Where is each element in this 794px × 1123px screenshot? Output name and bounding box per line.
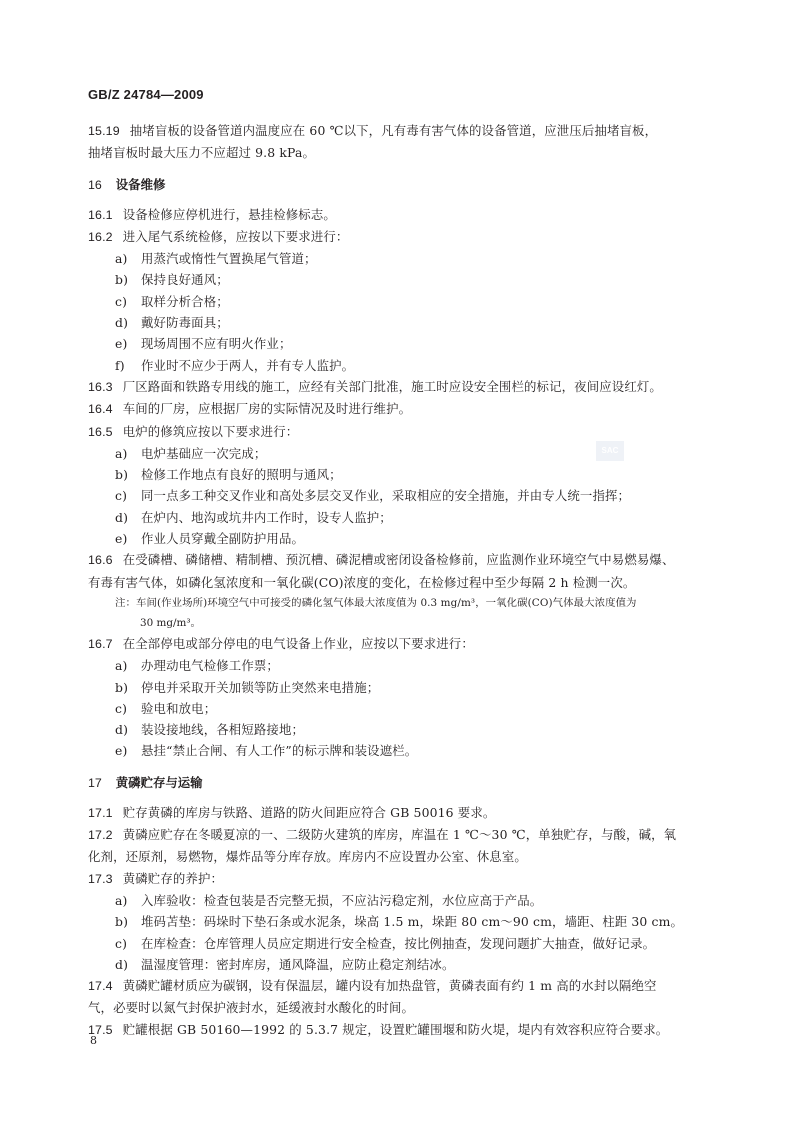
clause-17-2-cont: 化剂，还原剂，易燃物，爆炸品等分库存放。库房内不应设置办公室、休息室。 bbox=[88, 846, 710, 867]
list-item: e)现场周围不应有明火作业； bbox=[88, 333, 710, 354]
item-label: c) bbox=[115, 485, 141, 506]
item-label: d) bbox=[115, 312, 141, 333]
item-label: c) bbox=[115, 933, 141, 954]
section-number: 16 bbox=[88, 178, 102, 192]
item-label: c) bbox=[115, 698, 141, 719]
document-body: 15.19抽堵盲板的设备管道内温度应在 60 ℃以下，凡有毒有害气体的设备管道，… bbox=[88, 120, 710, 1041]
item-label: a) bbox=[115, 890, 141, 911]
item-text: 取样分析合格； bbox=[141, 294, 229, 309]
item-label: b) bbox=[115, 269, 141, 290]
clause-text: 抽堵盲板的设备管道内温度应在 60 ℃以下，凡有毒有害气体的设备管道，应泄压后抽… bbox=[130, 123, 657, 138]
item-label: a) bbox=[115, 443, 141, 464]
clause-text: 电炉的修筑应按以下要求进行： bbox=[123, 424, 299, 439]
clause-text: 黄磷贮存的养护： bbox=[123, 871, 223, 886]
item-label: a) bbox=[115, 655, 141, 676]
list-item: b)保持良好通风； bbox=[88, 269, 710, 290]
clause-text: 进入尾气系统检修，应按以下要求进行： bbox=[123, 229, 349, 244]
clause-text: 黄磷应贮存在冬暖夏凉的一、二级防火建筑的库房，库温在 1 ℃～30 ℃，单独贮存… bbox=[123, 827, 676, 842]
list-item: f)作业时不应少于两人，并有专人监护。 bbox=[88, 355, 710, 376]
clause-16-2: 16.2进入尾气系统检修，应按以下要求进行： bbox=[88, 226, 710, 248]
clause-16-4: 16.4车间的厂房，应根据厂房的实际情况及时进行维护。 bbox=[88, 398, 710, 420]
section-number: 17 bbox=[88, 776, 102, 790]
list-item: b)检修工作地点有良好的照明与通风； bbox=[88, 464, 710, 485]
item-text: 停电并采取开关加锁等防止突然来电措施； bbox=[141, 680, 379, 695]
clause-text: 贮罐根据 GB 50160—1992 的 5.3.7 规定，设置贮罐围堰和防火堤… bbox=[123, 1022, 669, 1037]
item-text: 入库验收：检查包装是否完整无损，不应沾污稳定剂，水位应高于产品。 bbox=[141, 893, 542, 908]
item-text: 检修工作地点有良好的照明与通风； bbox=[141, 467, 342, 482]
clause-17-4-cont: 气，必要时以氮气封保护液封水，延缓液封水酸化的时间。 bbox=[88, 997, 710, 1018]
list-item: c)验电和放电； bbox=[88, 698, 710, 719]
item-label: c) bbox=[115, 291, 141, 312]
clause-17-2: 17.2黄磷应贮存在冬暖夏凉的一、二级防火建筑的库房，库温在 1 ℃～30 ℃，… bbox=[88, 824, 710, 846]
clause-text: 车间的厂房，应根据厂房的实际情况及时进行维护。 bbox=[123, 401, 411, 416]
list-item: d)装设接地线，各相短路接地； bbox=[88, 719, 710, 740]
item-text: 作业时不应少于两人，并有专人监护。 bbox=[141, 358, 354, 373]
clause-16-1: 16.1设备检修应停机进行，悬挂检修标志。 bbox=[88, 204, 710, 226]
clause-17-4: 17.4黄磷贮罐材质应为碳钢，设有保温层，罐内设有加热盘管，黄磷表面有约 1 m… bbox=[88, 975, 710, 997]
list-item: a)办理动电气检修工作票； bbox=[88, 655, 710, 676]
clause-text: 厂区路面和铁路专用线的施工，应经有关部门批准，施工时应设安全围栏的标记，夜间应设… bbox=[123, 379, 662, 394]
clause-number: 16.7 bbox=[88, 634, 113, 655]
clause-text: 在全部停电或部分停电的电气设备上作业，应按以下要求进行： bbox=[123, 636, 474, 651]
item-label: b) bbox=[115, 911, 141, 932]
clause-number: 17.3 bbox=[88, 869, 113, 890]
standard-code-header: GB/Z 24784—2009 bbox=[88, 87, 204, 102]
list-item: d)温湿度管理：密封库房，通风降温，应防止稳定剂结冰。 bbox=[88, 954, 710, 975]
clause-number: 17.2 bbox=[88, 825, 113, 846]
clause-number: 16.1 bbox=[88, 205, 113, 226]
list-item: d)戴好防毒面具； bbox=[88, 312, 710, 333]
item-text: 验电和放电； bbox=[141, 701, 216, 716]
clause-number: 17.4 bbox=[88, 976, 113, 997]
item-label: d) bbox=[115, 954, 141, 975]
clause-15-19: 15.19抽堵盲板的设备管道内温度应在 60 ℃以下，凡有毒有害气体的设备管道，… bbox=[88, 120, 710, 142]
clause-text: 设备检修应停机进行，悬挂检修标志。 bbox=[123, 207, 336, 222]
list-item: e)作业人员穿戴全副防护用品。 bbox=[88, 528, 710, 549]
list-item: e)悬挂“禁止合闸、有人工作”的标示牌和装设遮栏。 bbox=[88, 740, 710, 761]
section-heading-17: 17黄磷贮存与运输 bbox=[88, 772, 710, 794]
item-text: 保持良好通风； bbox=[141, 272, 229, 287]
item-text: 戴好防毒面具； bbox=[141, 315, 229, 330]
clause-17-3: 17.3黄磷贮存的养护： bbox=[88, 868, 710, 890]
clause-number: 16.5 bbox=[88, 422, 113, 443]
item-label: b) bbox=[115, 464, 141, 485]
item-text: 温湿度管理：密封库房，通风降温，应防止稳定剂结冰。 bbox=[141, 957, 455, 972]
item-text: 装设接地线，各相短路接地； bbox=[141, 722, 304, 737]
clause-number: 17.1 bbox=[88, 803, 113, 824]
item-label: e) bbox=[115, 740, 141, 761]
item-label: f) bbox=[115, 355, 141, 376]
clause-16-6: 16.6在受磷槽、磷储槽、精制槽、预沉槽、磷泥槽或密闭设备检修前，应监测作业环境… bbox=[88, 549, 710, 571]
item-text: 电炉基础应一次完成； bbox=[141, 446, 266, 461]
clause-text: 贮存黄磷的库房与铁路、道路的防火间距应符合 GB 50016 要求。 bbox=[123, 805, 496, 820]
item-label: e) bbox=[115, 528, 141, 549]
item-text: 作业人员穿戴全副防护用品。 bbox=[141, 531, 304, 546]
item-label: b) bbox=[115, 677, 141, 698]
item-text: 同一点多工种交叉作业和高处多层交叉作业，采取相应的安全措施，并由专人统一指挥； bbox=[141, 488, 630, 503]
note: 注：车间(作业场所)环境空气中可接受的磷化氢气体最大浓度值为 0.3 mg/m³… bbox=[88, 593, 710, 613]
list-item: a)入库验收：检查包装是否完整无损，不应沾污稳定剂，水位应高于产品。 bbox=[88, 890, 710, 911]
list-item: c)在库检查：仓库管理人员应定期进行安全检查，按比例抽查，发现问题扩大抽查，做好… bbox=[88, 933, 710, 954]
clause-16-7: 16.7在全部停电或部分停电的电气设备上作业，应按以下要求进行： bbox=[88, 633, 710, 655]
item-text: 堆码苫垫：码垛时下垫石条或水泥条，垛高 1.5 m，垛距 80 cm～90 cm… bbox=[141, 914, 683, 929]
item-text: 办理动电气检修工作票； bbox=[141, 658, 279, 673]
clause-number: 16.3 bbox=[88, 377, 113, 398]
item-text: 在炉内、地沟或坑井内工作时，设专人监护； bbox=[141, 510, 392, 525]
clause-number: 15.19 bbox=[88, 121, 120, 142]
item-label: a) bbox=[115, 248, 141, 269]
item-text: 用蒸汽或惰性气置换尾气管道； bbox=[141, 251, 317, 266]
item-label: d) bbox=[115, 507, 141, 528]
page-number: 8 bbox=[90, 1034, 97, 1047]
section-title: 设备维修 bbox=[116, 177, 166, 192]
item-label: e) bbox=[115, 333, 141, 354]
list-item: a)用蒸汽或惰性气置换尾气管道； bbox=[88, 248, 710, 269]
clause-number: 16.4 bbox=[88, 399, 113, 420]
clause-17-1: 17.1贮存黄磷的库房与铁路、道路的防火间距应符合 GB 50016 要求。 bbox=[88, 802, 710, 824]
clause-text: 在受磷槽、磷储槽、精制槽、预沉槽、磷泥槽或密闭设备检修前，应监测作业环境空气中易… bbox=[123, 552, 675, 567]
note-cont: 30 mg/m³。 bbox=[88, 613, 710, 633]
item-text: 悬挂“禁止合闸、有人工作”的标示牌和装设遮栏。 bbox=[141, 743, 417, 758]
clause-text: 黄磷贮罐材质应为碳钢，设有保温层，罐内设有加热盘管，黄磷表面有约 1 m 高的水… bbox=[123, 978, 657, 993]
clause-16-6-cont: 有毒有害气体，如磷化氢浓度和一氧化碳(CO)浓度的变化，在检修过程中至少每隔 2… bbox=[88, 572, 710, 593]
item-text: 在库检查：仓库管理人员应定期进行安全检查，按比例抽查，发现问题扩大抽查，做好记录… bbox=[141, 936, 655, 951]
clause-17-5: 17.5贮罐根据 GB 50160—1992 的 5.3.7 规定，设置贮罐围堰… bbox=[88, 1019, 710, 1041]
list-item: b)停电并采取开关加锁等防止突然来电措施； bbox=[88, 677, 710, 698]
clause-number: 16.2 bbox=[88, 227, 113, 248]
clause-16-3: 16.3厂区路面和铁路专用线的施工，应经有关部门批准，施工时应设安全围栏的标记，… bbox=[88, 376, 710, 398]
section-heading-16: 16设备维修 bbox=[88, 174, 710, 196]
list-item: a)电炉基础应一次完成； bbox=[88, 443, 710, 464]
clause-number: 16.6 bbox=[88, 550, 113, 571]
clause-15-19-cont: 抽堵盲板时最大压力不应超过 9.8 kPa。 bbox=[88, 142, 710, 163]
item-label: d) bbox=[115, 719, 141, 740]
list-item: c)取样分析合格； bbox=[88, 291, 710, 312]
item-text: 现场周围不应有明火作业； bbox=[141, 336, 292, 351]
list-item: c)同一点多工种交叉作业和高处多层交叉作业，采取相应的安全措施，并由专人统一指挥… bbox=[88, 485, 710, 506]
list-item: b)堆码苫垫：码垛时下垫石条或水泥条，垛高 1.5 m，垛距 80 cm～90 … bbox=[88, 911, 710, 932]
list-item: d)在炉内、地沟或坑井内工作时，设专人监护； bbox=[88, 507, 710, 528]
section-title: 黄磷贮存与运输 bbox=[116, 775, 203, 790]
clause-16-5: 16.5电炉的修筑应按以下要求进行： bbox=[88, 421, 710, 443]
